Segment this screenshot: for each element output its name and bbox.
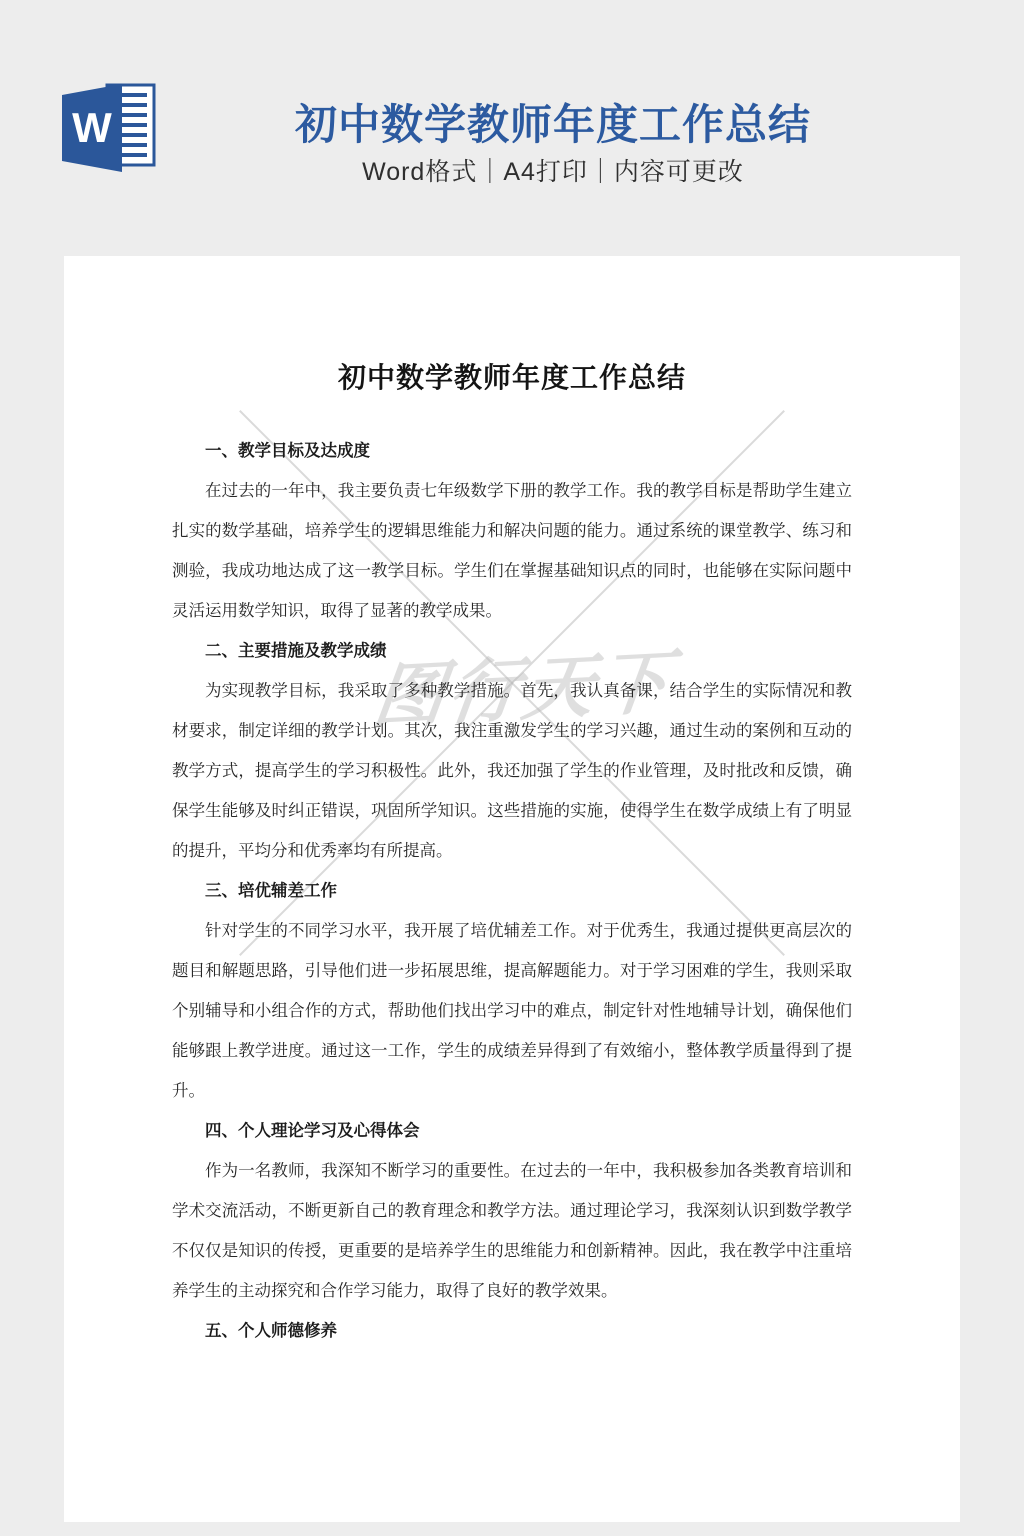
document-title: 初中数学教师年度工作总结	[172, 361, 852, 397]
section-heading: 二、主要措施及教学成绩	[172, 631, 852, 671]
section-4: 四、个人理论学习及心得体会 作为一名教师，我深知不断学习的重要性。在过去的一年中…	[172, 1111, 852, 1311]
section-2: 二、主要措施及教学成绩 为实现教学目标，我采取了多种教学措施。首先，我认真备课，…	[172, 631, 852, 871]
section-paragraph: 在过去的一年中，我主要负责七年级数学下册的教学工作。我的教学目标是帮助学生建立扎…	[172, 471, 852, 631]
section-5: 五、个人师德修养	[172, 1311, 852, 1351]
section-heading: 五、个人师德修养	[172, 1311, 852, 1351]
screen: W 初中数学教师年度工作总结 Word格式｜A4打印｜内容可更改 图行天下 初中…	[0, 0, 1024, 1536]
section-3: 三、培优辅差工作 针对学生的不同学习水平，我开展了培优辅差工作。对于优秀生，我通…	[172, 871, 852, 1111]
section-paragraph: 作为一名教师，我深知不断学习的重要性。在过去的一年中，我积极参加各类教育培训和学…	[172, 1151, 852, 1311]
template-banner: W 初中数学教师年度工作总结 Word格式｜A4打印｜内容可更改	[0, 0, 1024, 256]
document-content: 初中数学教师年度工作总结 一、教学目标及达成度 在过去的一年中，我主要负责七年级…	[64, 256, 960, 1351]
template-subtitle: Word格式｜A4打印｜内容可更改	[82, 152, 1024, 188]
section-heading: 四、个人理论学习及心得体会	[172, 1111, 852, 1151]
document-page: 图行天下 初中数学教师年度工作总结 一、教学目标及达成度 在过去的一年中，我主要…	[64, 256, 960, 1522]
section-paragraph: 为实现教学目标，我采取了多种教学措施。首先，我认真备课，结合学生的实际情况和教材…	[172, 671, 852, 871]
section-heading: 一、教学目标及达成度	[172, 431, 852, 471]
section-paragraph: 针对学生的不同学习水平，我开展了培优辅差工作。对于优秀生，我通过提供更高层次的题…	[172, 911, 852, 1111]
section-heading: 三、培优辅差工作	[172, 871, 852, 911]
section-1: 一、教学目标及达成度 在过去的一年中，我主要负责七年级数学下册的教学工作。我的教…	[172, 431, 852, 631]
template-title: 初中数学教师年度工作总结	[82, 92, 1024, 152]
